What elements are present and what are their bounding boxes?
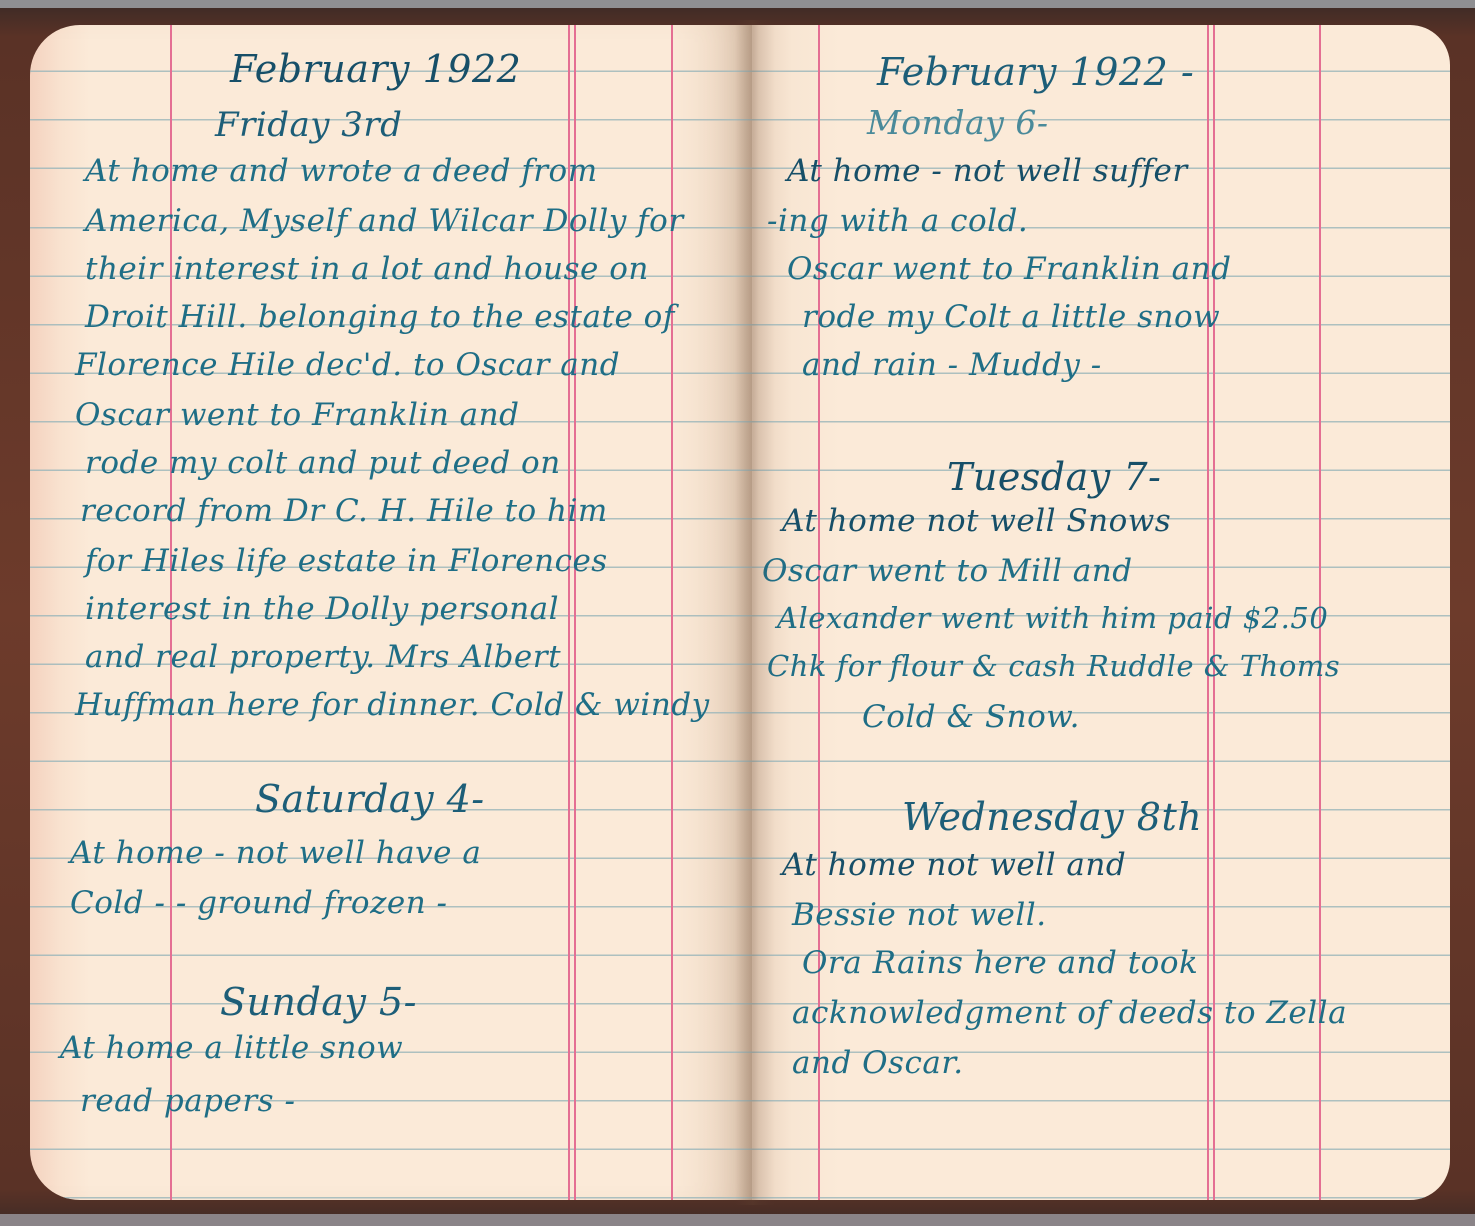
month-header: February 1922	[230, 47, 521, 91]
entry-line: acknowledgment of deeds to Zella	[792, 995, 1347, 1031]
day-heading: Sunday 5-	[220, 980, 417, 1024]
entry-line: their interest in a lot and house on	[85, 251, 649, 287]
entry-line: At home not well Snows	[782, 503, 1171, 539]
entry-line: Cold & Snow.	[862, 699, 1080, 735]
margin-line	[574, 25, 576, 1200]
entry-line: Oscar went to Mill and	[762, 553, 1133, 589]
entry-line: interest in the Dolly personal	[85, 591, 559, 627]
day-heading: Tuesday 7-	[947, 455, 1161, 499]
entry-line: At home - not well suffer	[787, 153, 1188, 189]
entry-line: At home - not well have a	[70, 835, 481, 871]
left-page: February 1922 Friday 3rd At home and wro…	[30, 25, 752, 1200]
entry-line: Bessie not well.	[792, 897, 1047, 933]
entry-line: Florence Hile dec'd. to Oscar and	[75, 347, 620, 383]
right-page: February 1922 - Monday 6- At home - not …	[752, 25, 1450, 1200]
entry-line: rode my colt and put deed on	[85, 445, 561, 481]
margin-line	[671, 25, 673, 1200]
entry-line: read papers -	[80, 1083, 295, 1119]
entry-line: Huffman here for dinner. Cold & windy	[75, 687, 710, 723]
day-heading: Wednesday 8th	[902, 795, 1202, 839]
entry-line: and rain - Muddy -	[802, 347, 1102, 383]
day-heading: Monday 6-	[867, 103, 1049, 142]
entry-line: At home not well and	[782, 847, 1126, 883]
day-heading: Friday 3rd	[215, 105, 402, 145]
entry-line: At home a little snow	[60, 1030, 403, 1066]
day-heading: Saturday 4-	[255, 777, 485, 821]
entry-line: rode my Colt a little snow	[802, 299, 1220, 335]
entry-line: Cold - - ground frozen -	[70, 885, 448, 921]
entry-line: record from Dr C. H. Hile to him	[80, 493, 608, 529]
entry-line: Chk for flour & cash Ruddle & Thoms	[767, 649, 1340, 683]
entry-line: Droit Hill. belonging to the estate of	[85, 299, 675, 335]
cover-edge-top	[0, 0, 1475, 8]
entry-line: and real property. Mrs Albert	[85, 639, 561, 675]
entry-line: Alexander went with him paid $2.50	[777, 601, 1328, 635]
entry-line: and Oscar.	[792, 1045, 964, 1081]
entry-line: America, Myself and Wilcar Dolly for	[85, 203, 684, 239]
entry-line: Oscar went to Franklin and	[75, 397, 519, 433]
cover-edge-bottom	[0, 1214, 1475, 1226]
entry-line: At home and wrote a deed from	[85, 153, 598, 189]
margin-line	[568, 25, 570, 1200]
open-diary: February 1922 Friday 3rd At home and wro…	[0, 0, 1475, 1226]
entry-line: Oscar went to Franklin and	[787, 251, 1231, 287]
entry-line: Ora Rains here and took	[802, 945, 1198, 981]
entry-line: for Hiles life estate in Florences	[85, 543, 608, 579]
month-header: February 1922 -	[877, 50, 1194, 94]
entry-line: -ing with a cold.	[767, 203, 1028, 239]
